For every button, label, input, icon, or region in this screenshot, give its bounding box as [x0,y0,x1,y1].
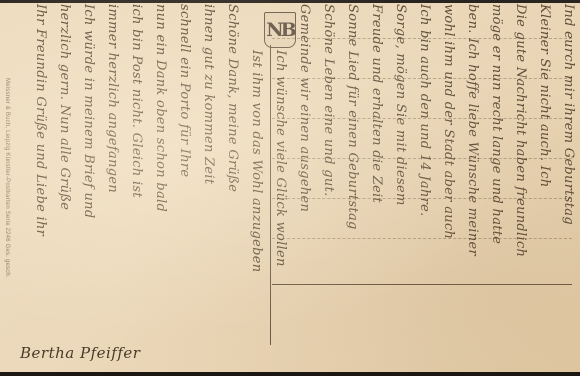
message-column: Freude und erhalten die Zeit [370,4,383,203]
message-column: herzlich gern. Nun alle Grüße [58,4,71,210]
message-column: Kleiner Sie nicht auch. Ich [538,4,551,188]
message-column: ben. Ich hoffe liebe Wünsche meiner [466,4,479,256]
message-column: schnell ein Porto für Ihre [178,4,191,177]
message-column: Schöne Leben eine und gut. [322,4,335,197]
message-column: Die gute Nachricht haben freundlich [514,4,527,257]
signature: Bertha Pfeiffer [20,344,140,362]
card-bottom-edge [0,372,580,376]
message-column: Ich wünsche viele Glück wollen [274,50,287,267]
message-column: nun ein Dank oben schon bald [154,4,167,212]
message-column: möge er nun recht lange und hatte [490,4,503,244]
message-column: Ich bin auch den und 14 Jahre. [418,4,431,217]
message-column: Schöne Dank, meine Grüße [226,4,239,192]
message-column: Ihr Freundin Grüße und Liebe ihr [34,4,47,236]
message-column: Ist ihm von das Wohl anzugeben [250,50,263,272]
postcard-back: Meissner & Buch, Leipzig Künstler-Postka… [0,0,580,372]
nb-monogram-logo: NB [264,12,296,48]
message-column: Gemeinde wir einen ausgehen [298,4,311,212]
address-line-solid [272,284,572,285]
publisher-imprint: Meissner & Buch, Leipzig Künstler-Postka… [4,78,10,278]
message-column: Ind eurch mir ihrem Geburtstag [562,4,575,225]
message-column: wohl ihm und der Stadt aber auch [442,4,455,239]
message-column: ich bin Post nicht. Gleich ist [130,4,143,198]
message-column: Sonne Lied für einen Geburtstag [346,4,359,230]
message-column: Sorge, mögen Sie mit diesem [394,4,407,206]
message-column: Ich würde in meinem Brief und [82,4,95,218]
card-top-edge [0,0,580,3]
address-divider-line [270,45,271,345]
message-column: immer herzlich angefangen [106,4,119,193]
message-column: ihnen gut zu kommen Zeit [202,4,215,184]
